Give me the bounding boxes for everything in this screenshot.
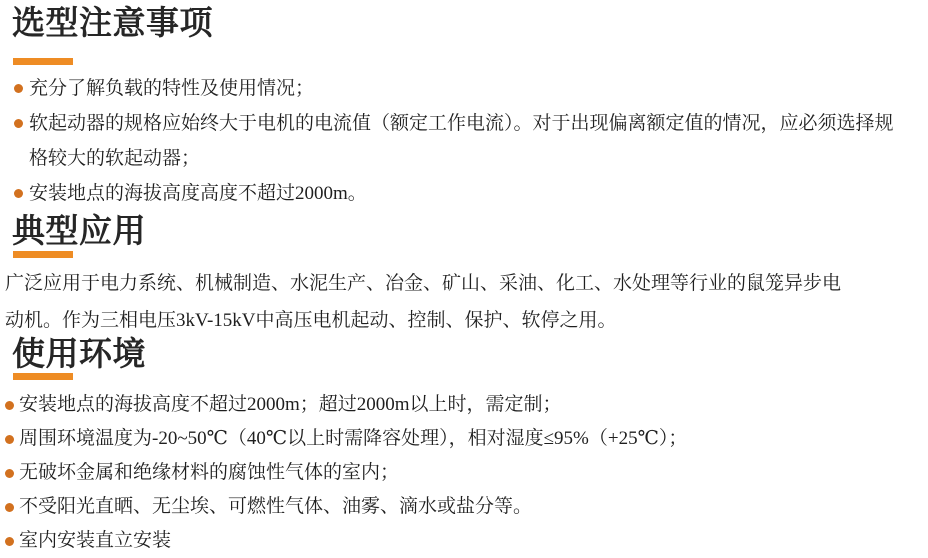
list-item-text: 安装地点的海拔高度不超过2000m；超过2000m以上时，需定制； — [19, 394, 562, 415]
accent-bar — [13, 58, 73, 65]
list-item: 安装地点的海拔高度不超过2000m；超过2000m以上时，需定制； — [5, 388, 918, 422]
operating-environment-list: 安装地点的海拔高度不超过2000m；超过2000m以上时，需定制； 周围环境温度… — [5, 388, 918, 558]
list-item-text: 室内安装直立安装 — [19, 530, 171, 551]
list-item: 不受阳光直晒、无尘埃、可燃性气体、油雾、滴水或盐分等。 — [5, 490, 918, 524]
bullet-dot-icon — [5, 503, 14, 512]
section-selection-notes: 选型注意事项 充分了解负载的特性及使用情况； 软起动器的规格应始终大于电机的电流… — [12, 0, 918, 211]
bullet-dot-icon — [14, 189, 23, 198]
selection-notes-list: 充分了解负载的特性及使用情况； 软起动器的规格应始终大于电机的电流值（额定工作电… — [12, 71, 894, 211]
section-title-typical-applications: 典型应用 — [12, 211, 918, 251]
list-item-text: 不受阳光直晒、无尘埃、可燃性气体、油雾、滴水或盐分等。 — [19, 496, 532, 517]
list-item: 软起动器的规格应始终大于电机的电流值（额定工作电流）。对于出现偏离额定值的情况，… — [14, 106, 894, 176]
accent-bar — [13, 373, 73, 380]
list-item-text: 周围环境温度为-20~50℃（40℃以上时需降容处理），相对湿度≤95%（+25… — [19, 428, 687, 449]
section-typical-applications: 典型应用 广泛应用于电力系统、机械制造、水泥生产、冶金、矿山、采油、化工、水处理… — [12, 211, 918, 339]
bullet-dot-icon — [5, 435, 14, 444]
list-item: 安装地点的海拔高度高度不超过2000m。 — [14, 176, 894, 211]
list-item: 无破坏金属和绝缘材料的腐蚀性气体的室内； — [5, 456, 918, 490]
bullet-dot-icon — [5, 469, 14, 478]
accent-bar — [13, 251, 73, 258]
typical-applications-paragraph: 广泛应用于电力系统、机械制造、水泥生产、冶金、矿山、采油、化工、水处理等行业的鼠… — [5, 265, 853, 339]
list-item-text: 无破坏金属和绝缘材料的腐蚀性气体的室内； — [19, 462, 399, 483]
list-item-text: 软起动器的规格应始终大于电机的电流值（额定工作电流）。对于出现偏离额定值的情况，… — [29, 113, 894, 169]
list-item-text: 充分了解负载的特性及使用情况； — [29, 78, 314, 99]
list-item: 充分了解负载的特性及使用情况； — [14, 71, 894, 106]
section-title-operating-environment: 使用环境 — [12, 334, 918, 374]
bullet-dot-icon — [14, 119, 23, 128]
catalog-page: 选型注意事项 充分了解负载的特性及使用情况； 软起动器的规格应始终大于电机的电流… — [0, 0, 928, 558]
bullet-dot-icon — [14, 84, 23, 93]
list-item: 周围环境温度为-20~50℃（40℃以上时需降容处理），相对湿度≤95%（+25… — [5, 422, 918, 456]
bullet-dot-icon — [5, 537, 14, 546]
list-item: 室内安装直立安装 — [5, 524, 918, 558]
section-title-selection-notes: 选型注意事项 — [12, 0, 918, 43]
section-operating-environment: 使用环境 安装地点的海拔高度不超过2000m；超过2000m以上时，需定制； 周… — [12, 334, 918, 558]
list-item-text: 安装地点的海拔高度高度不超过2000m。 — [29, 183, 367, 204]
bullet-dot-icon — [5, 401, 14, 410]
